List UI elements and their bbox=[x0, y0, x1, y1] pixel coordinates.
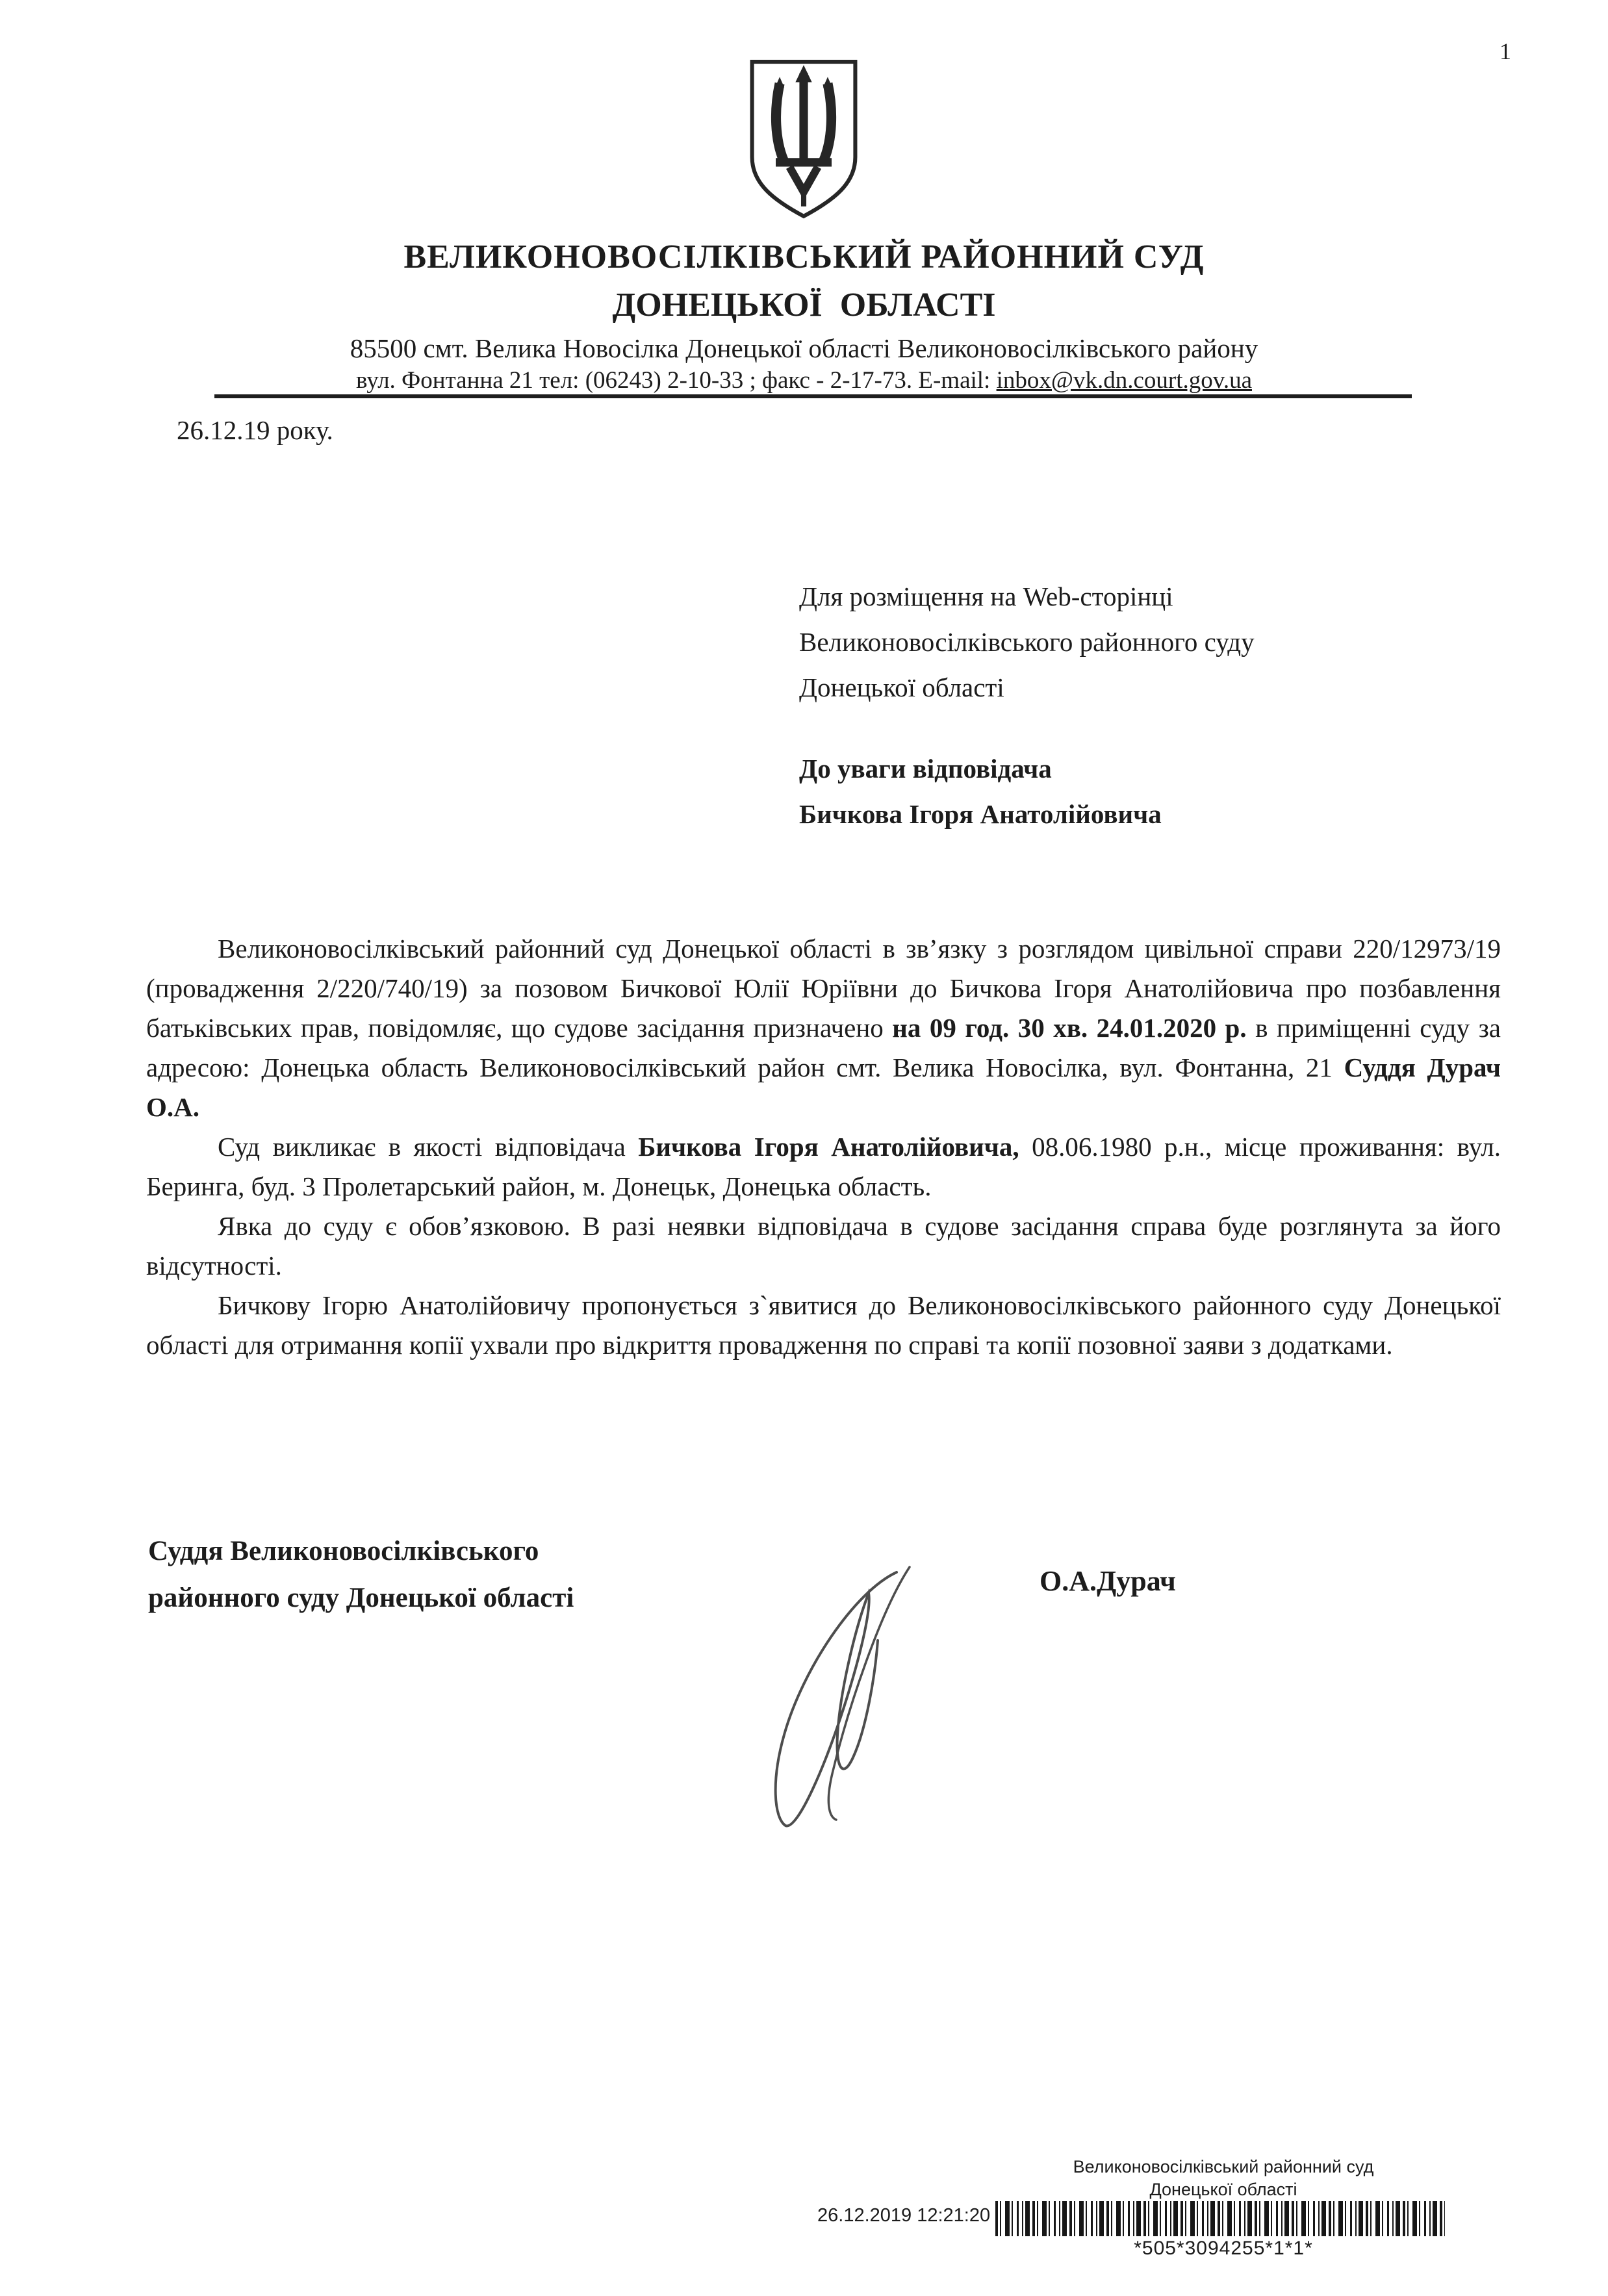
trident-emblem-icon bbox=[746, 57, 861, 225]
contact-text: вул. Фонтанна 21 тел: (06243) 2-10-33 ; … bbox=[356, 367, 997, 394]
signature-title-line: районного суду Донецької області bbox=[148, 1575, 574, 1622]
signature-title-line: Суддя Великоновосілківського bbox=[148, 1528, 574, 1575]
body-paragraph-obligation: Явка до суду є обов’язковою. В разі неяв… bbox=[146, 1206, 1501, 1286]
footer-caption-line: Донецької області bbox=[994, 2178, 1453, 2201]
recipient-line: Донецької області bbox=[799, 665, 1255, 710]
recipient-line: Великоновосілківського районного суду bbox=[799, 619, 1255, 665]
court-name-line2: ДОНЕЦЬКОЇ ОБЛАСТІ bbox=[0, 286, 1608, 324]
court-address-line: 85500 смт. Велика Новосілка Донецької об… bbox=[0, 333, 1608, 364]
handwritten-signature bbox=[757, 1553, 919, 1839]
body-text: Великоновосілківський районний суд Донец… bbox=[146, 929, 1501, 1365]
body-paragraph-summons: Великоновосілківський районний суд Донец… bbox=[146, 929, 1501, 1127]
judge-name: О.А.Дурач bbox=[1040, 1564, 1176, 1598]
text-segment-bold: на 09 год. 30 хв. 24.01.2020 р. bbox=[892, 1013, 1246, 1043]
court-contact-line: вул. Фонтанна 21 тел: (06243) 2-10-33 ; … bbox=[0, 366, 1608, 394]
text-segment-bold: Бичкова Ігоря Анатолійовича, bbox=[638, 1132, 1019, 1162]
body-paragraph-defendant: Суд викликає в якості відповідача Бичков… bbox=[146, 1127, 1501, 1206]
barcode bbox=[995, 2201, 1445, 2236]
footer-caption-line: Великоновосілківський районний суд bbox=[994, 2156, 1453, 2178]
attention-line: До уваги відповідача bbox=[799, 746, 1162, 791]
footer-court-caption: Великоновосілківський районний суд Донец… bbox=[994, 2156, 1453, 2201]
text-segment: Бичкову Ігорю Анатолійовичу пропонується… bbox=[146, 1290, 1501, 1360]
signature-title-block: Суддя Великоновосілківського районного с… bbox=[148, 1528, 574, 1622]
court-name-line1: ВЕЛИКОНОВОСІЛКІВСЬКИЙ РАЙОННИЙ СУД bbox=[0, 238, 1608, 276]
web-placement-block: Для розміщення на Web-сторінці Великонов… bbox=[799, 574, 1255, 710]
footer-datetime: 26.12.2019 12:21:20 bbox=[817, 2205, 990, 2226]
document-date: 26.12.19 року. bbox=[177, 415, 333, 446]
recipient-line: Для розміщення на Web-сторінці bbox=[799, 574, 1255, 619]
header-divider bbox=[214, 394, 1412, 398]
court-email: inbox@vk.dn.court.gov.ua bbox=[997, 367, 1252, 394]
attention-block: До уваги відповідача Бичкова Ігоря Анато… bbox=[799, 746, 1162, 837]
page-number: 1 bbox=[1500, 38, 1511, 65]
body-paragraph-invitation: Бичкову Ігорю Анатолійовичу пропонується… bbox=[146, 1286, 1501, 1365]
text-segment: Суд викликає в якості відповідача bbox=[218, 1132, 638, 1162]
text-segment: Явка до суду є обов’язковою. В разі неяв… bbox=[146, 1211, 1501, 1281]
attention-line: Бичкова Ігоря Анатолійовича bbox=[799, 791, 1162, 837]
barcode-value: *505*3094255*1*1* bbox=[994, 2238, 1453, 2260]
document-page: 1 ВЕЛИКОНОВОСІЛКІВСЬКИЙ РАЙОННИЙ СУД ДОН… bbox=[0, 0, 1608, 2296]
